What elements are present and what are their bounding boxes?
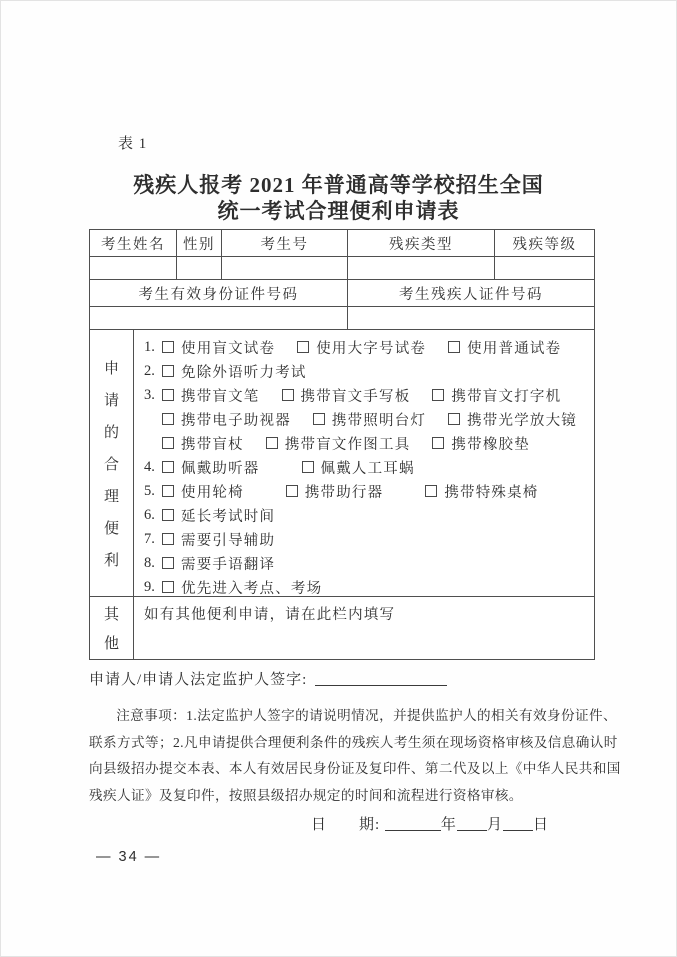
table-number-label: 表 1 (118, 132, 147, 153)
accommodation-option: 使用普通试卷 (448, 337, 561, 358)
accommodations-label: 申 请 的 合 理 便 利 (90, 330, 134, 596)
header-candidate-name: 考生姓名 (90, 230, 177, 257)
checkbox-icon[interactable] (282, 389, 294, 401)
accommodation-line: 2.免除外语听力考试 (144, 359, 599, 383)
date-year-suffix: 年 (441, 817, 457, 833)
candidate-info-grid: 考生姓名 性别 考生号 残疾类型 残疾等级 考生有效身份证件号码 考生残疾人证件… (90, 230, 594, 330)
other-row: 其 他 如有其他便利申请，请在此栏内填写 (90, 597, 594, 659)
checkbox-icon[interactable] (448, 341, 460, 353)
accommodation-option: 携带特殊桌椅 (425, 481, 538, 502)
accommodations-options: 1.使用盲文试卷使用大字号试卷使用普通试卷2.免除外语听力考试3.携带盲文笔携带… (134, 330, 599, 596)
accommodation-line: 7.需要引导辅助 (144, 527, 599, 551)
checkbox-icon[interactable] (297, 341, 309, 353)
header-gender: 性别 (177, 230, 222, 257)
checkbox-label: 使用盲文试卷 (181, 337, 275, 358)
accommodation-option: 携带电子助视器 (162, 409, 291, 430)
item-number: 2. (144, 363, 162, 380)
checkbox-icon[interactable] (162, 437, 174, 449)
accommodation-option: 佩戴助听器 (162, 457, 260, 478)
input-disability-type[interactable] (348, 257, 495, 280)
checkbox-icon[interactable] (313, 413, 325, 425)
accommodation-option: 佩戴人工耳蜗 (302, 457, 415, 478)
header-candidate-number: 考生号 (222, 230, 348, 257)
notes-line: 向县级招办提交本表、本人有效居民身份证及复印件、第二代及以上《中华人民共和国 (89, 756, 601, 783)
checkbox-label: 携带盲文作图工具 (285, 433, 411, 454)
checkbox-icon[interactable] (162, 341, 174, 353)
accommodation-option: 使用盲文试卷 (162, 337, 275, 358)
checkbox-icon[interactable] (448, 413, 460, 425)
notes-line: 联系方式等；2.凡申请提供合理便利条件的残疾人考生须在现场资格审核及信息确认时 (89, 730, 601, 757)
checkbox-icon[interactable] (162, 509, 174, 521)
accommodation-line: 1.使用盲文试卷使用大字号试卷使用普通试卷 (144, 335, 599, 359)
accommodation-option: 优先进入考点、考场 (162, 577, 322, 598)
checkbox-label: 携带盲文笔 (181, 385, 260, 406)
checkbox-label: 携带盲文手写板 (301, 385, 411, 406)
checkbox-label: 免除外语听力考试 (181, 361, 307, 382)
item-number: 1. (144, 339, 162, 356)
accommodation-line: 4.佩戴助听器佩戴人工耳蜗 (144, 455, 599, 479)
checkbox-label: 携带盲杖 (181, 433, 244, 454)
accommodation-line: 8.需要手语翻译 (144, 551, 599, 575)
checkbox-icon[interactable] (432, 389, 444, 401)
document-page: 表 1 残疾人报考 2021 年普通高等学校招生全国 统一考试合理便利申请表 考… (0, 0, 677, 957)
other-hint-text: 如有其他便利申请，请在此栏内填写 (144, 607, 395, 623)
page-number: — 34 — (96, 849, 161, 865)
form-title: 残疾人报考 2021 年普通高等学校招生全国 统一考试合理便利申请表 (1, 172, 676, 224)
checkbox-icon[interactable] (302, 461, 314, 473)
item-number: 5. (144, 483, 162, 500)
checkbox-icon[interactable] (425, 485, 437, 497)
accommodation-line: 3.携带盲文笔携带盲文手写板携带盲文打字机 (144, 383, 599, 407)
date-month-suffix: 月 (487, 817, 503, 833)
header-id-card-number: 考生有效身份证件号码 (90, 280, 348, 307)
date-month-blank[interactable] (457, 816, 487, 831)
accommodation-option: 免除外语听力考试 (162, 361, 307, 382)
checkbox-icon[interactable] (162, 581, 174, 593)
checkbox-icon[interactable] (162, 413, 174, 425)
checkbox-label: 携带特殊桌椅 (444, 481, 538, 502)
accommodation-option: 使用轮椅 (162, 481, 244, 502)
checkbox-icon[interactable] (162, 485, 174, 497)
input-gender[interactable] (177, 257, 222, 280)
item-number: 9. (144, 579, 162, 596)
form-title-line1: 残疾人报考 2021 年普通高等学校招生全国 (1, 172, 676, 198)
notes-paragraph: 注意事项：1.法定监护人签字的请说明情况，并提供监护人的相关有效身份证件、联系方… (89, 703, 601, 809)
date-label: 日 期: (311, 817, 380, 833)
date-day-suffix: 日 (533, 817, 549, 833)
header-disability-card-number: 考生残疾人证件号码 (348, 280, 594, 307)
signature-label: 申请人/申请人法定监护人签字: (89, 672, 307, 688)
checkbox-label: 优先进入考点、考场 (181, 577, 322, 598)
item-number: 6. (144, 507, 162, 524)
input-id-card-number[interactable] (90, 307, 348, 330)
checkbox-label: 携带照明台灯 (332, 409, 426, 430)
checkbox-icon[interactable] (162, 461, 174, 473)
accommodation-option: 携带盲杖 (162, 433, 244, 454)
checkbox-icon[interactable] (162, 557, 174, 569)
accommodation-option: 携带盲文手写板 (282, 385, 411, 406)
checkbox-label: 使用轮椅 (181, 481, 244, 502)
checkbox-icon[interactable] (286, 485, 298, 497)
checkbox-label: 佩戴人工耳蜗 (321, 457, 415, 478)
other-request-area[interactable]: 如有其他便利申请，请在此栏内填写 (134, 597, 594, 659)
input-disability-level[interactable] (495, 257, 594, 280)
checkbox-label: 佩戴助听器 (181, 457, 260, 478)
accommodation-line: 携带盲杖携带盲文作图工具携带橡胶垫 (144, 431, 599, 455)
checkbox-label: 使用大字号试卷 (316, 337, 426, 358)
checkbox-label: 携带光学放大镜 (467, 409, 577, 430)
header-disability-level: 残疾等级 (495, 230, 594, 257)
form-title-line2: 统一考试合理便利申请表 (1, 198, 676, 224)
date-day-blank[interactable] (503, 816, 533, 831)
item-number: 4. (144, 459, 162, 476)
checkbox-label: 需要引导辅助 (181, 529, 275, 550)
input-candidate-name[interactable] (90, 257, 177, 280)
checkbox-label: 延长考试时间 (181, 505, 275, 526)
item-number: 7. (144, 531, 162, 548)
accommodation-option: 携带盲文作图工具 (266, 433, 411, 454)
accommodation-option: 使用大字号试卷 (297, 337, 426, 358)
checkbox-label: 携带助行器 (305, 481, 384, 502)
accommodation-line: 6.延长考试时间 (144, 503, 599, 527)
item-number: 3. (144, 387, 162, 404)
checkbox-icon[interactable] (432, 437, 444, 449)
input-disability-card-number[interactable] (348, 307, 594, 330)
other-label: 其 他 (90, 597, 134, 659)
accommodation-option: 携带照明台灯 (313, 409, 426, 430)
accommodation-option: 需要手语翻译 (162, 553, 275, 574)
accommodation-option: 携带助行器 (286, 481, 384, 502)
checkbox-icon[interactable] (266, 437, 278, 449)
checkbox-label: 需要手语翻译 (181, 553, 275, 574)
checkbox-label: 使用普通试卷 (467, 337, 561, 358)
header-disability-type: 残疾类型 (348, 230, 495, 257)
signature-blank[interactable] (315, 671, 447, 686)
checkbox-label: 携带橡胶垫 (451, 433, 530, 454)
accommodation-line: 9.优先进入考点、考场 (144, 575, 599, 599)
item-number: 8. (144, 555, 162, 572)
checkbox-icon[interactable] (162, 533, 174, 545)
application-form-table: 考生姓名 性别 考生号 残疾类型 残疾等级 考生有效身份证件号码 考生残疾人证件… (89, 229, 595, 660)
checkbox-label: 携带盲文打字机 (451, 385, 561, 406)
input-candidate-number[interactable] (222, 257, 348, 280)
notes-line: 残疾人证》及复印件，按照县级招办规定的时间和流程进行资格审核。 (89, 783, 601, 810)
accommodation-option: 延长考试时间 (162, 505, 275, 526)
accommodation-option: 携带光学放大镜 (448, 409, 577, 430)
checkbox-icon[interactable] (162, 389, 174, 401)
accommodation-line: 携带电子助视器携带照明台灯携带光学放大镜 (144, 407, 599, 431)
accommodation-option: 携带盲文打字机 (432, 385, 561, 406)
checkbox-label: 携带电子助视器 (181, 409, 291, 430)
accommodations-row: 申 请 的 合 理 便 利 1.使用盲文试卷使用大字号试卷使用普通试卷2.免除外… (90, 330, 594, 597)
notes-line: 注意事项：1.法定监护人签字的请说明情况，并提供监护人的相关有效身份证件、 (89, 703, 601, 730)
signature-line: 申请人/申请人法定监护人签字: (89, 668, 447, 689)
accommodation-option: 需要引导辅助 (162, 529, 275, 550)
checkbox-icon[interactable] (162, 365, 174, 377)
accommodation-option: 携带盲文笔 (162, 385, 260, 406)
date-line: 日 期: 年月日 (311, 813, 549, 834)
date-year-blank[interactable] (385, 816, 441, 831)
accommodation-line: 5.使用轮椅携带助行器携带特殊桌椅 (144, 479, 599, 503)
accommodation-option: 携带橡胶垫 (432, 433, 530, 454)
